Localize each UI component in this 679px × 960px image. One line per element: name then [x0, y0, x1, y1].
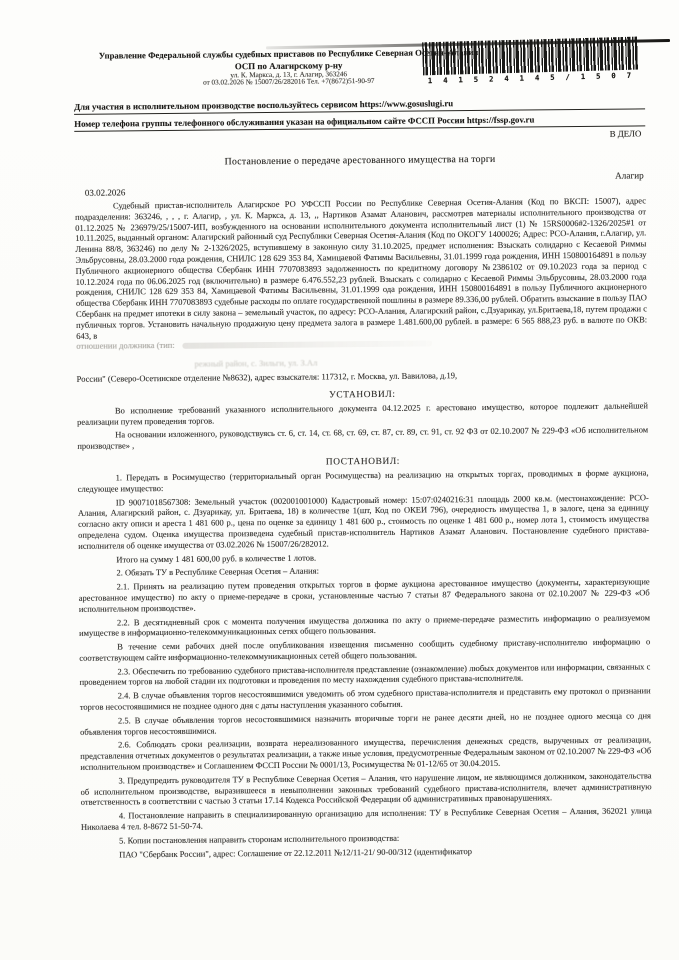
- order-item-2-3: 2.3. Обеспечить по требованию судебного …: [79, 661, 650, 688]
- ustanovil-paragraph: Во исполнение требований указанного испо…: [77, 400, 648, 427]
- illegible-smudge: [183, 341, 433, 349]
- barcode-bars-icon: [422, 37, 639, 76]
- order-item-2-1: 2.1. Принять на реализацию путем проведе…: [79, 576, 650, 614]
- claimant-address-line: России" (Северо-Осетинское отделение №86…: [77, 368, 648, 384]
- legal-basis-paragraph: На основании изложенного, руководствуясь…: [77, 425, 648, 452]
- faded-fragment: отношении должника (тип:: [76, 340, 174, 351]
- order-item-1: 1. Передать в Росимущество (территориаль…: [78, 467, 649, 494]
- scanned-document-page: Управление Федеральной службы судебных п…: [0, 0, 679, 960]
- order-item-3: 3. Предупредить руководителя ТУ в Респуб…: [80, 770, 651, 808]
- order-item-2-5: 2.5. В случае объявления торгов несостоя…: [80, 710, 651, 737]
- preamble-paragraph: Судебный пристав-исполнитель Алагирское …: [75, 195, 647, 341]
- order-item-2-4: 2.4. В случае объявления торгов несостоя…: [80, 686, 651, 713]
- order-item-2-2-note: В течение семи рабочих дней после опубли…: [79, 636, 650, 663]
- document-barcode: 1 4 1 5 2 4 1 4 5 / 1 5 0 7: [422, 37, 639, 85]
- recipient-line: ПАО "Сбербанк России", адрес: Соглашение…: [81, 844, 652, 860]
- order-item-2-6: 2.6. Соблюдать сроки реализации, возврат…: [80, 735, 651, 773]
- property-description: ID 90071018567308: Земельный участок (00…: [78, 492, 649, 551]
- resolution-document: Управление Федеральной службы судебных п…: [0, 0, 679, 861]
- order-item-2-2: 2.2. В десятидневный срок с момента полу…: [79, 612, 650, 639]
- order-item-4: 4. Постановление направить в специализир…: [81, 806, 652, 833]
- letterhead: Управление Федеральной службы судебных п…: [74, 46, 645, 97]
- document-title: Постановление о передаче арестованного и…: [75, 152, 646, 168]
